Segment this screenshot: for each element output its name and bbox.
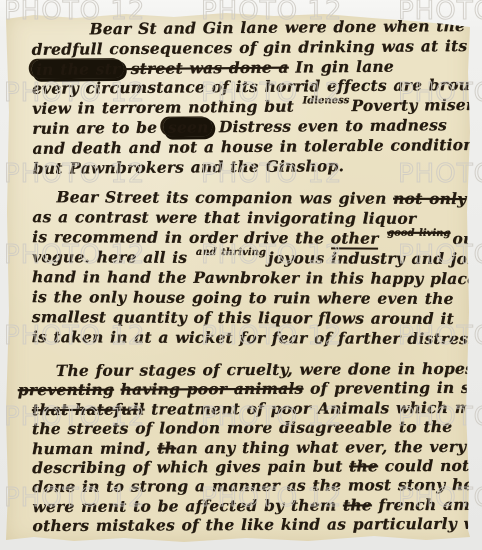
handwriting-segment: joyous industry and jollity go (268, 249, 482, 269)
handwriting-segment: others mistakes of the like kind as part… (32, 514, 482, 535)
handwriting-segment: the streets of london more disagreeable … (32, 417, 452, 438)
handwriting-struck-segment: the (343, 495, 372, 514)
handwriting-segment: vogue. here all is (32, 247, 194, 267)
handwriting-segment: human mind, (32, 438, 157, 458)
handwriting-underline-segment: other (331, 229, 379, 250)
handwriting-segment: Bear Street its companion was given (56, 188, 393, 208)
manuscript-text: Bear St and Gin lane were done when thed… (6, 12, 470, 535)
handwriting-segment: smallest quantity of this liquor flows a… (32, 307, 454, 328)
handwriting-segment: The four stages of cruelty, were done in… (56, 359, 474, 380)
handwriting-segment: but Pawnbrokers and the Ginshop. (33, 156, 345, 178)
manuscript-line: is the only house going to ruin where ev… (32, 287, 468, 309)
handwriting-segment: Bear St and Gin lane were done when the (89, 16, 465, 38)
manuscript-line: but Pawnbrokers and the Ginshop. (33, 155, 469, 179)
manuscript-paragraph: Bear St and Gin lane were done when thed… (5, 16, 470, 178)
handwriting-segment: describing of which gives pain but (32, 457, 349, 478)
handwriting-segment: done in to strong a manner as the most s… (32, 475, 482, 496)
manuscript-paragraph: The four stages of cruelty, were done in… (6, 359, 471, 536)
handwriting-struck-segment: not only (393, 189, 466, 208)
handwriting-blot-segment: seen (164, 117, 213, 136)
manuscript-line: smallest quantity of this liquor flows a… (32, 307, 468, 329)
handwriting-segment: out of (452, 229, 482, 248)
handwriting-segment: is taken in at a wicket for fear of fart… (32, 327, 477, 348)
handwriting-segment: In gin lane (289, 56, 394, 76)
handwriting-struck-segment: preventing (18, 380, 114, 400)
manuscript-line: as a contrast were that invigorating liq… (32, 207, 468, 229)
manuscript-line: Bear Street its companion was given not … (32, 187, 468, 209)
manuscript-line: vogue. here all is and thrivingjoyous in… (32, 247, 468, 269)
handwriting-segment: of preventing in some degree (303, 378, 482, 398)
handwriting-segment: were ment to be affected by them (32, 496, 343, 517)
manuscript-line: dredfull consequences of gin drinking wa… (31, 36, 467, 60)
handwriting-struck-segment: that hatefull (32, 400, 145, 420)
handwriting-segment: and death and not a house in tolerable c… (32, 135, 474, 158)
handwriting-struck-segment: the (349, 457, 378, 476)
handwriting-segment: french among (372, 495, 482, 515)
photograph-frame: Bear St and Gin lane were done when thed… (0, 0, 482, 550)
handwriting-segment: is recommend in order drive the (32, 227, 331, 247)
handwriting-segment: could not be (378, 456, 482, 476)
handwriting-segment: as a contrast were that invigorating liq… (32, 207, 416, 228)
manuscript-line: and death and not a house in tolerable c… (32, 135, 468, 159)
handwriting-segment: hand in hand the Pawnbroker in this happ… (32, 267, 477, 288)
handwriting-segment: Poverty misery and (351, 95, 482, 115)
handwriting-segment: view in terrorem nothing but (32, 97, 301, 118)
handwriting-blot-segment: in the str (32, 59, 124, 79)
handwriting-segment (378, 229, 385, 248)
handwriting-struck-segment: having poor animals (120, 379, 303, 399)
handwriting-insert-segment: Idleness (302, 95, 349, 106)
manuscript-line: hand in hand the Pawnbroker in this happ… (32, 267, 468, 289)
manuscript-paper: Bear St and Gin lane were done when thed… (6, 12, 470, 543)
manuscript-line: is taken in at a wicket for fear of fart… (32, 327, 468, 349)
handwriting-segment: dredfull consequences of gin drinking wa… (31, 35, 482, 58)
manuscript-line: others mistakes of the like kind as part… (32, 514, 468, 536)
handwriting-segment: treatment of poor Animals which makes (144, 398, 482, 419)
handwriting-segment: an any thing what ever, the very (176, 437, 466, 458)
handwriting-insert-struck-segment: good living (387, 228, 450, 239)
manuscript-paragraph: Bear Street its companion was given not … (6, 187, 471, 349)
handwriting-struck-segment: th (157, 438, 176, 457)
handwriting-struck-segment: street was done a (124, 57, 289, 77)
handwriting-insert-segment: and thriving (196, 247, 266, 258)
handwriting-segment: Distress even to madness (212, 115, 447, 136)
handwriting-segment: is the only house going to ruin where ev… (32, 287, 454, 308)
handwriting-segment: ruin are to be (32, 118, 164, 138)
